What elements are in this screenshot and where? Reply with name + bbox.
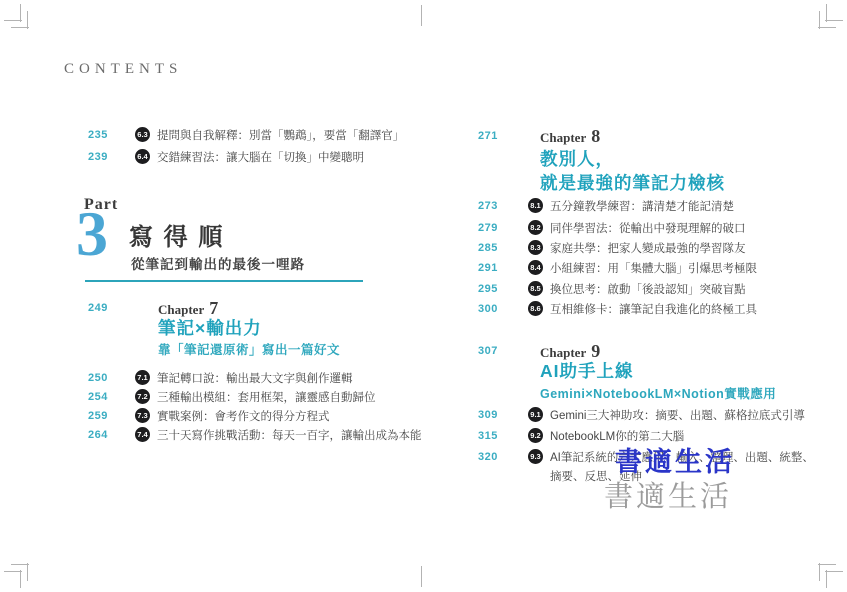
- chapter-word: Chapter: [540, 130, 586, 145]
- watermark-gray: 書適生活: [604, 474, 732, 515]
- entry-title: Gemini三大神助攻：摘要、出題、蘇格拉底式引導: [550, 407, 805, 423]
- section-number-badge: 7.1: [135, 370, 150, 385]
- section-number-badge: 8.5: [528, 281, 543, 296]
- part-divider-rule: [85, 280, 363, 282]
- chapter-subtitle: 靠「筆記還原術」寫出一篇好文: [158, 340, 340, 358]
- page-number: 291: [478, 262, 528, 274]
- section-number-badge: 8.4: [528, 260, 543, 275]
- center-mark: [421, 5, 422, 26]
- toc-entry: 259 7.3 實戰案例：會考作文的得分方程式: [88, 407, 330, 424]
- page-number: 254: [88, 391, 135, 403]
- chapter-page-number: 307: [478, 345, 498, 357]
- toc-entry: 309 9.1 Gemini三大神助攻：摘要、出題、蘇格拉底式引導: [478, 406, 805, 423]
- page-number: 259: [88, 410, 135, 422]
- toc-spread-page: CONTENTS 235 6.3 提問與自我解釋：別當「鸚鵡」，要當「翻譯官」 …: [0, 0, 847, 592]
- crop-mark: [825, 571, 843, 572]
- crop-mark: [826, 4, 827, 22]
- entry-title: 小組練習：用「集體大腦」引爆思考極限: [550, 260, 757, 276]
- toc-entry: 279 8.2 同伴學習法：從輸出中發現理解的破口: [478, 219, 746, 236]
- section-number-badge: 9.1: [528, 407, 543, 422]
- entry-title: 同伴學習法：從輸出中發現理解的破口: [550, 220, 746, 236]
- page-number: 273: [478, 200, 528, 212]
- entry-title: 三十天寫作挑戰活動：每天一百字，讓輸出成為本能: [157, 427, 422, 443]
- section-number-badge: 9.3: [528, 449, 543, 464]
- entry-title: 交錯練習法：讓大腦在「切換」中變聰明: [157, 149, 364, 165]
- page-number: 315: [478, 430, 528, 442]
- toc-entry: 291 8.4 小組練習：用「集體大腦」引爆思考極限: [478, 259, 757, 276]
- chapter-number: 8: [591, 126, 600, 146]
- crop-mark: [825, 20, 843, 21]
- crop-mark: [819, 563, 820, 581]
- chapter-page-number: 249: [88, 302, 108, 314]
- toc-entry: 254 7.2 三種輸出模組：套用框架，讓靈感自動歸位: [88, 388, 376, 405]
- entry-title: 五分鐘教學練習：講清楚才能記清楚: [550, 198, 734, 214]
- toc-entry: 250 7.1 筆記轉口說：輸出最大文字與創作邏輯: [88, 369, 353, 386]
- toc-entry: 285 8.3 家庭共學：把家人變成最強的學習隊友: [478, 239, 746, 256]
- crop-mark: [819, 11, 820, 29]
- section-number-badge: 7.2: [135, 389, 150, 404]
- entry-title: 換位思考：啟動「後設認知」突破盲點: [550, 281, 746, 297]
- crop-mark: [20, 4, 21, 22]
- chapter-label: Chapter8: [540, 126, 600, 147]
- entry-title: 提問與自我解釋：別當「鸚鵡」，要當「翻譯官」: [157, 127, 404, 143]
- toc-entry: 235 6.3 提問與自我解釋：別當「鸚鵡」，要當「翻譯官」: [88, 126, 404, 143]
- entry-title: 三種輸出模組：套用框架，讓靈感自動歸位: [157, 389, 376, 405]
- entry-title: 筆記轉口說：輸出最大文字與創作邏輯: [157, 370, 353, 386]
- entry-title: 實戰案例：會考作文的得分方程式: [157, 408, 330, 424]
- page-number: 239: [88, 151, 135, 163]
- section-number-badge: 8.2: [528, 220, 543, 235]
- page-number: 295: [478, 283, 528, 295]
- page-number: 300: [478, 303, 528, 315]
- page-number: 320: [478, 451, 528, 463]
- contents-heading: CONTENTS: [64, 61, 182, 78]
- crop-mark: [818, 27, 836, 28]
- section-number-badge: 8.6: [528, 301, 543, 316]
- page-number: 285: [478, 242, 528, 254]
- chapter-title: 筆記×輸出力: [158, 315, 262, 340]
- center-mark: [421, 566, 422, 587]
- entry-title: 家庭共學：把家人變成最強的學習隊友: [550, 240, 746, 256]
- section-number-badge: 8.3: [528, 240, 543, 255]
- crop-mark: [826, 570, 827, 588]
- toc-entry: 239 6.4 交錯練習法：讓大腦在「切換」中變聰明: [88, 148, 364, 165]
- crop-mark: [20, 570, 21, 588]
- toc-entry: 300 8.6 互相維修卡：讓筆記自我進化的終極工具: [478, 300, 757, 317]
- section-number-badge: 6.3: [135, 127, 150, 142]
- section-number-badge: 8.1: [528, 198, 543, 213]
- entry-title: 互相維修卡：讓筆記自我進化的終極工具: [550, 301, 757, 317]
- toc-entry: 273 8.1 五分鐘教學練習：講清楚才能記清楚: [478, 197, 734, 214]
- chapter-title-line2: 就是最強的筆記力檢核: [540, 170, 725, 195]
- part-number: 3: [76, 202, 108, 266]
- toc-entry: 264 7.4 三十天寫作挑戰活動：每天一百字，讓輸出成為本能: [88, 426, 422, 443]
- crop-mark: [818, 564, 836, 565]
- page-number: 235: [88, 129, 135, 141]
- page-number: 279: [478, 222, 528, 234]
- section-number-badge: 9.2: [528, 428, 543, 443]
- chapter-title: AI助手上線: [540, 358, 634, 383]
- part-title: 寫 得 順: [129, 217, 224, 252]
- page-number: 309: [478, 409, 528, 421]
- crop-mark: [27, 11, 28, 29]
- part-subtitle: 從筆記到輸出的最後一哩路: [131, 253, 305, 273]
- chapter-title-line1: 教別人，: [540, 146, 614, 171]
- page-number: 250: [88, 372, 135, 384]
- chapter-subtitle: Gemini×NotebookLM×Notion實戰應用: [540, 384, 776, 402]
- page-number: 264: [88, 429, 135, 441]
- section-number-badge: 7.4: [135, 427, 150, 442]
- toc-entry: 295 8.5 換位思考：啟動「後設認知」突破盲點: [478, 280, 746, 297]
- chapter-page-number: 271: [478, 130, 498, 142]
- crop-mark: [27, 563, 28, 581]
- section-number-badge: 6.4: [135, 149, 150, 164]
- section-number-badge: 7.3: [135, 408, 150, 423]
